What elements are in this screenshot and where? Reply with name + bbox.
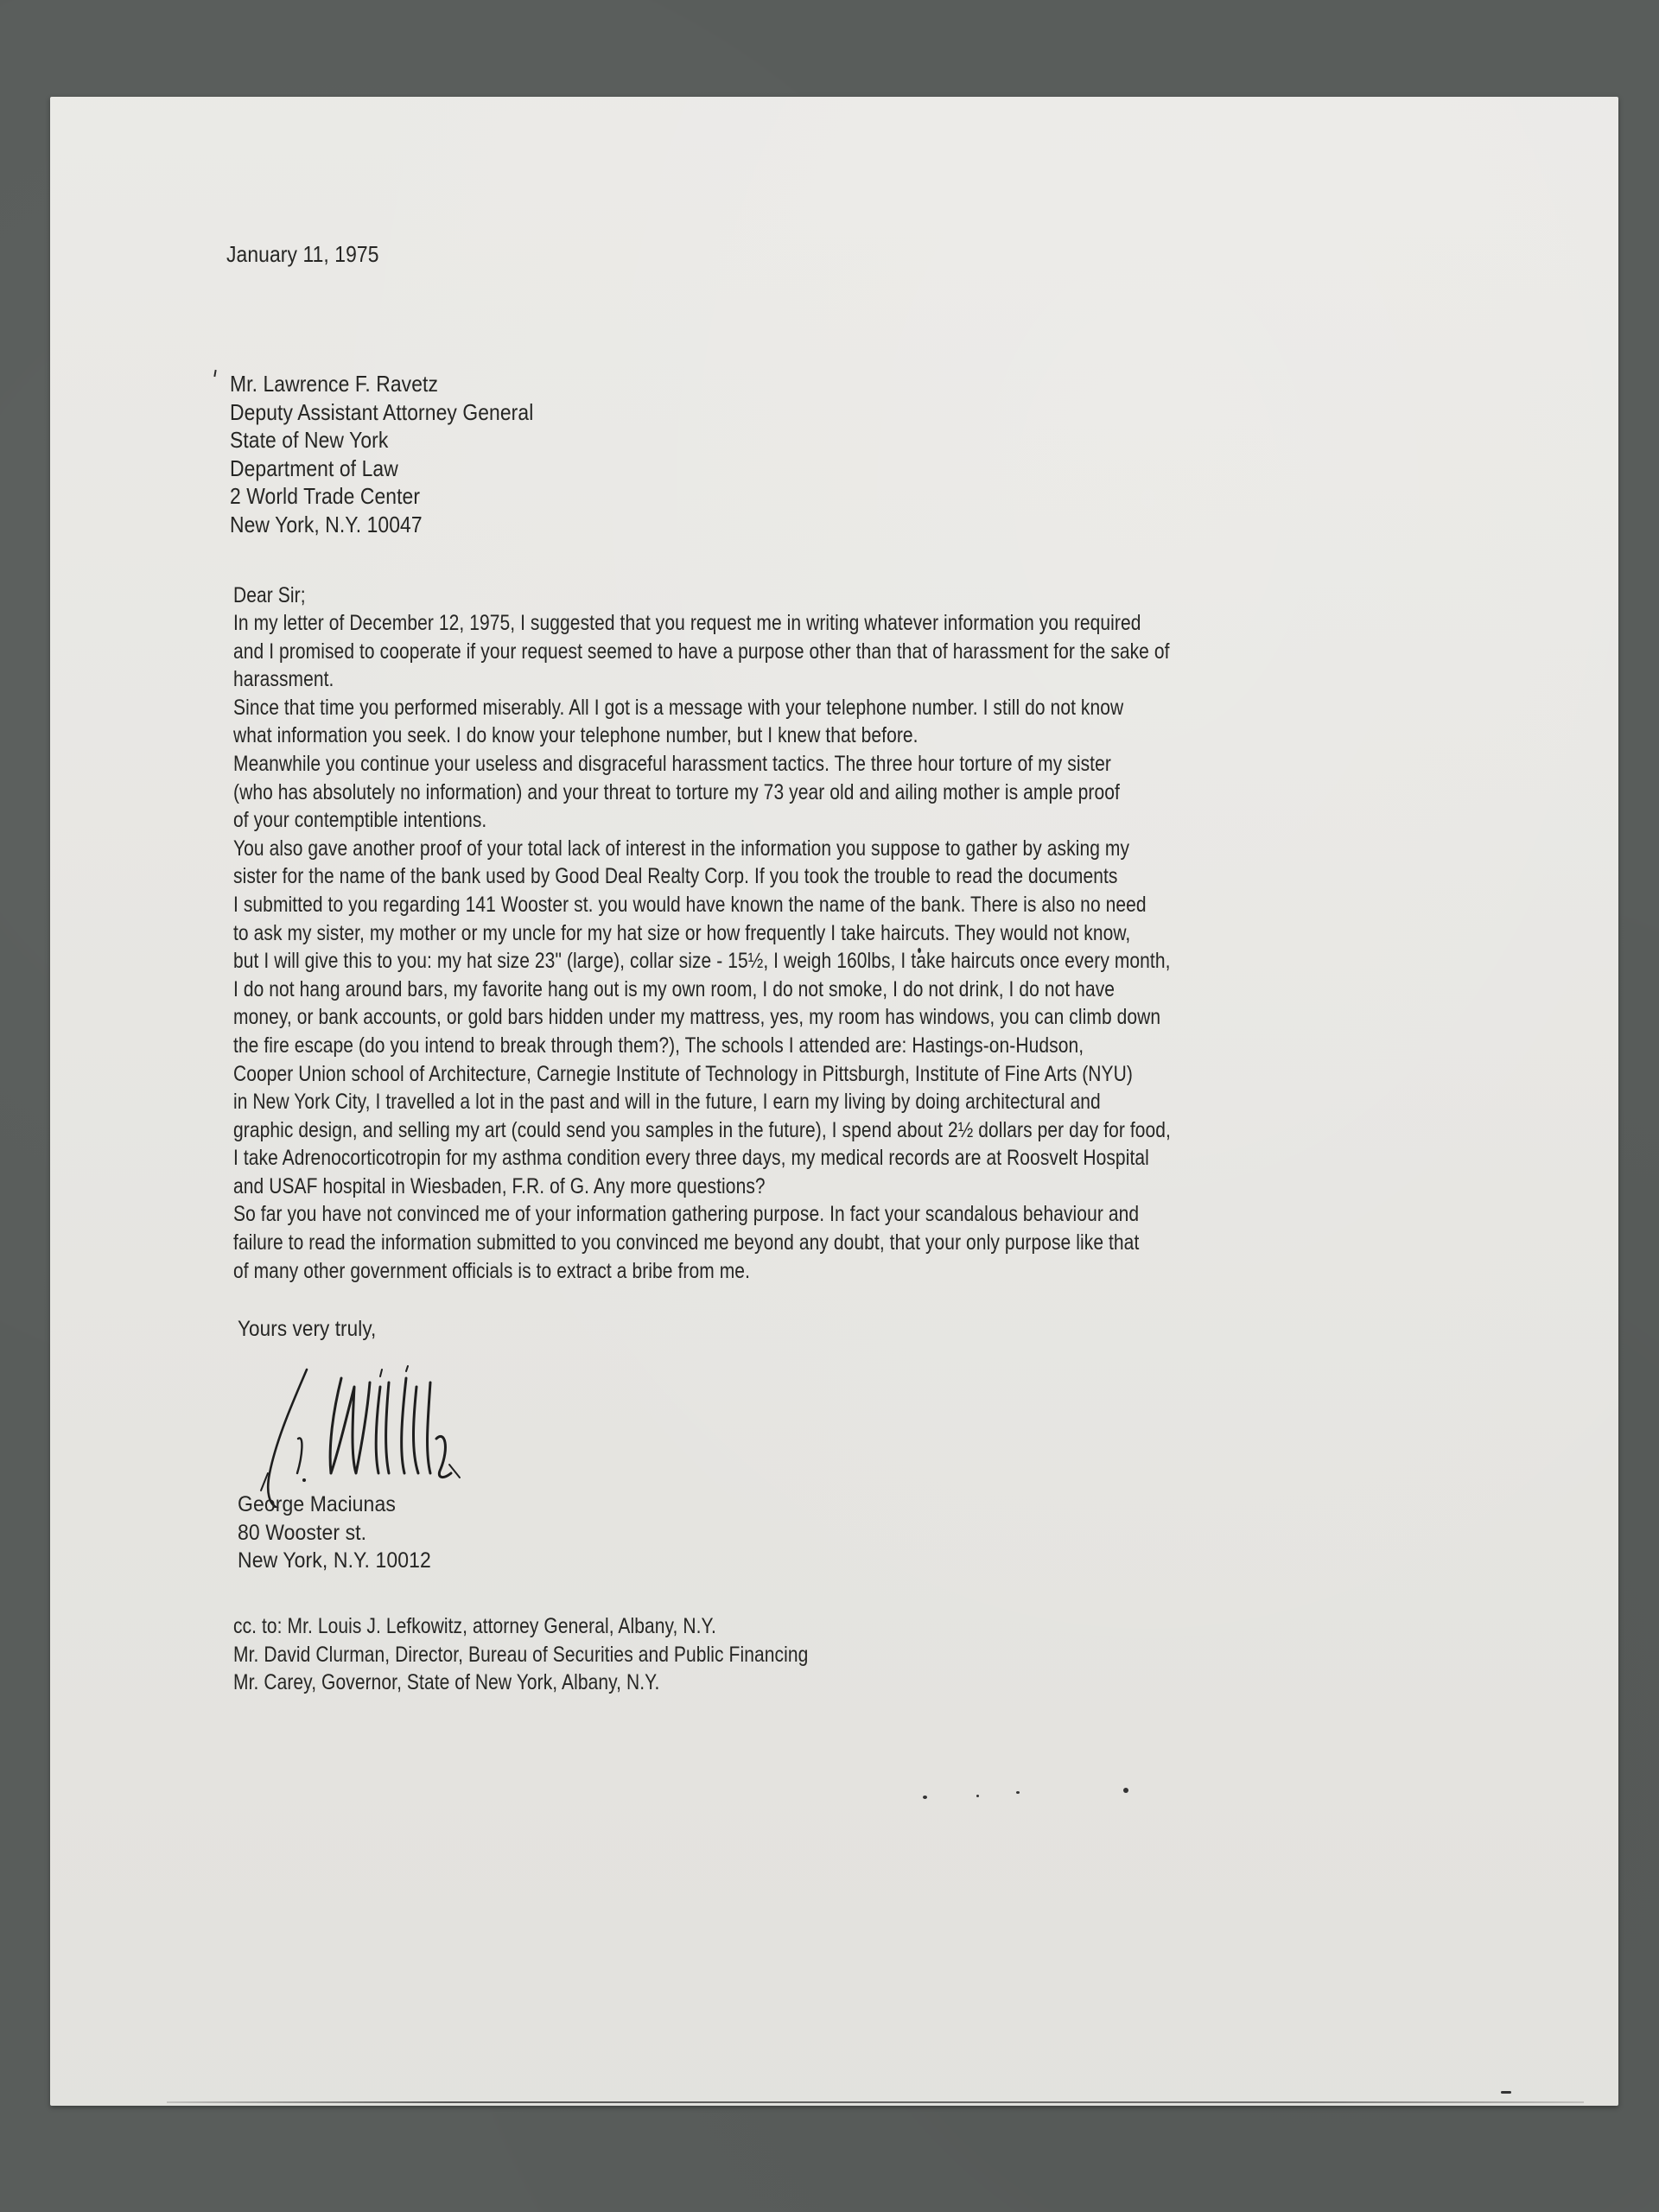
body-line: to ask my sister, my mother or my uncle … xyxy=(233,919,1171,948)
recipient-line: State of New York xyxy=(230,426,533,454)
body-line: sister for the name of the bank used by … xyxy=(233,862,1171,891)
body-line: the fire escape (do you intend to break … xyxy=(233,1032,1171,1060)
body-line: of many other government officials is to… xyxy=(233,1257,1171,1286)
body-line: In my letter of December 12, 1975, I sug… xyxy=(233,609,1171,638)
body-line: and USAF hospital in Wiesbaden, F.R. of … xyxy=(233,1173,1171,1201)
letter-date: January 11, 1975 xyxy=(226,240,379,269)
body-line: I take Adrenocorticotropin for my asthma… xyxy=(233,1144,1171,1173)
ink-speck xyxy=(923,1796,927,1799)
ink-speck xyxy=(976,1795,979,1797)
ink-speck xyxy=(1123,1788,1128,1793)
letter-body: In my letter of December 12, 1975, I sug… xyxy=(233,609,1171,1285)
recipient-line: Deputy Assistant Attorney General xyxy=(230,398,533,427)
signer-address-line: New York, N.Y. 10012 xyxy=(238,1547,431,1575)
recipient-line: Mr. Lawrence F. Ravetz xyxy=(230,370,533,398)
body-line: graphic design, and selling my art (coul… xyxy=(233,1116,1171,1145)
recipient-line: 2 World Trade Center xyxy=(230,482,533,511)
ink-speck xyxy=(1501,2091,1511,2094)
signature-block: George Maciunas 80 Wooster st. New York,… xyxy=(238,1491,431,1575)
salutation: Dear Sir; xyxy=(233,582,306,610)
ink-speck xyxy=(1016,1791,1020,1794)
recipient-line: Department of Law xyxy=(230,454,533,483)
body-line: So far you have not convinced me of your… xyxy=(233,1200,1171,1229)
body-line: You also gave another proof of your tota… xyxy=(233,835,1171,863)
body-line: Cooper Union school of Architecture, Car… xyxy=(233,1060,1171,1089)
body-line: harassment. xyxy=(233,665,1171,694)
signer-name: George Maciunas xyxy=(238,1491,431,1519)
body-line: in New York City, I travelled a lot in t… xyxy=(233,1088,1171,1116)
body-line: Since that time you performed miserably.… xyxy=(233,694,1171,722)
body-line: of your contemptible intentions. xyxy=(233,806,1171,835)
cc-list: cc. to: Mr. Louis J. Lefkowitz, attorney… xyxy=(233,1612,808,1697)
body-line: I submitted to you regarding 141 Wooster… xyxy=(233,891,1171,919)
body-line: what information you seek. I do know you… xyxy=(233,721,1171,750)
closing: Yours very truly, xyxy=(238,1315,376,1344)
recipient-address: Mr. Lawrence F. Ravetz Deputy Assistant … xyxy=(230,370,533,539)
body-line: but I will give this to you: my hat size… xyxy=(233,947,1171,976)
recipient-line: New York, N.Y. 10047 xyxy=(230,511,533,539)
ink-speck xyxy=(918,948,921,953)
body-line: and I promised to cooperate if your requ… xyxy=(233,638,1171,666)
body-line: money, or bank accounts, or gold bars hi… xyxy=(233,1003,1171,1032)
cc-line: Mr. Carey, Governor, State of New York, … xyxy=(233,1669,808,1697)
cc-line: cc. to: Mr. Louis J. Lefkowitz, attorney… xyxy=(233,1612,808,1641)
paper-edge-mark xyxy=(167,2101,1584,2103)
body-line: (who has absolutely no information) and … xyxy=(233,779,1171,807)
handwritten-signature xyxy=(259,1352,570,1508)
body-line: failure to read the information submitte… xyxy=(233,1229,1171,1257)
cc-line: Mr. David Clurman, Director, Bureau of S… xyxy=(233,1641,808,1669)
body-line: Meanwhile you continue your useless and … xyxy=(233,750,1171,779)
body-line: I do not hang around bars, my favorite h… xyxy=(233,976,1171,1004)
signer-address-line: 80 Wooster st. xyxy=(238,1519,431,1548)
